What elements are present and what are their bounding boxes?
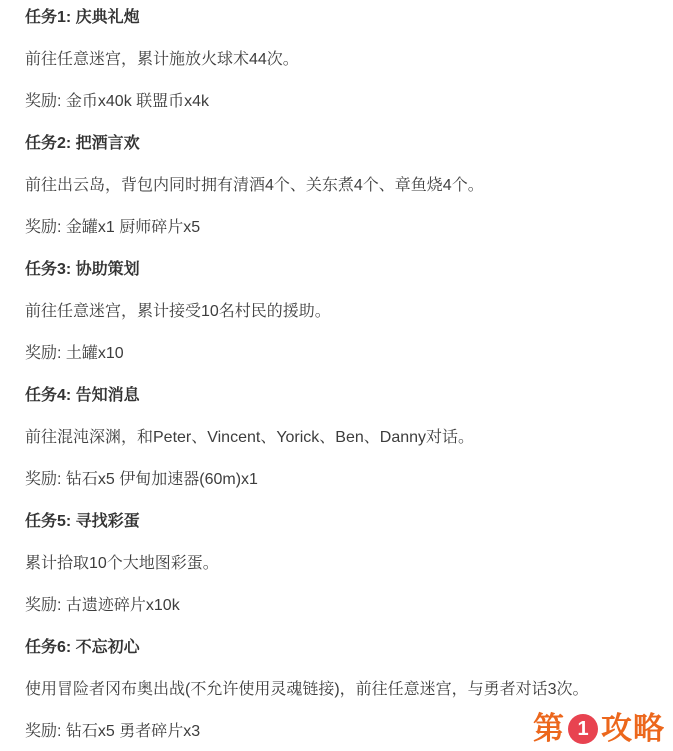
task-description: 前往出云岛，背包内同时拥有清酒4个、关东煮4个、章鱼烧4个。 xyxy=(25,174,648,198)
task-description: 使用冒险者冈布奥出战(不允许使用灵魂链接)，前往任意迷宫，与勇者对话3次。 xyxy=(25,678,648,702)
task-description: 累计拾取10个大地图彩蛋。 xyxy=(25,552,648,576)
task-title: 任务2: 把酒言欢 xyxy=(25,132,648,156)
task-reward: 奖励: 钻石x5 伊甸加速器(60m)x1 xyxy=(25,468,648,492)
logo-text-prefix: 第 xyxy=(533,713,565,744)
logo-text-suffix: 攻略 xyxy=(601,713,665,744)
task-title: 任务3: 协助策划 xyxy=(25,258,648,282)
task-reward: 奖励: 土罐x10 xyxy=(25,342,648,366)
task-section-5: 任务5: 寻找彩蛋 累计拾取10个大地图彩蛋。 奖励: 古遗迹碎片x10k xyxy=(25,510,648,618)
task-description: 前往混沌深渊，和Peter、Vincent、Yorick、Ben、Danny对话… xyxy=(25,426,648,450)
task-title: 任务6: 不忘初心 xyxy=(25,636,648,660)
logo-number-badge: 1 xyxy=(568,714,598,744)
task-section-2: 任务2: 把酒言欢 前往出云岛，背包内同时拥有清酒4个、关东煮4个、章鱼烧4个。… xyxy=(25,132,648,240)
guide-article: 任务1: 庆典礼炮 前往任意迷宫，累计施放火球术44次。 奖励: 金币x40k … xyxy=(0,0,673,744)
task-title: 任务1: 庆典礼炮 xyxy=(25,6,648,30)
task-title: 任务5: 寻找彩蛋 xyxy=(25,510,648,534)
logo-number: 1 xyxy=(577,719,588,739)
task-reward: 奖励: 金币x40k 联盟币x4k xyxy=(25,90,648,114)
task-title: 任务4: 告知消息 xyxy=(25,384,648,408)
task-section-4: 任务4: 告知消息 前往混沌深渊，和Peter、Vincent、Yorick、B… xyxy=(25,384,648,492)
task-description: 前往任意迷宫，累计接受10名村民的援助。 xyxy=(25,300,648,324)
task-section-1: 任务1: 庆典礼炮 前往任意迷宫，累计施放火球术44次。 奖励: 金币x40k … xyxy=(25,6,648,114)
task-section-3: 任务3: 协助策划 前往任意迷宫，累计接受10名村民的援助。 奖励: 土罐x10 xyxy=(25,258,648,366)
task-description: 前往任意迷宫，累计施放火球术44次。 xyxy=(25,48,648,72)
task-reward: 奖励: 金罐x1 厨师碎片x5 xyxy=(25,216,648,240)
task-reward: 奖励: 古遗迹碎片x10k xyxy=(25,594,648,618)
site-watermark-logo: 第 1 攻略 xyxy=(533,713,665,744)
